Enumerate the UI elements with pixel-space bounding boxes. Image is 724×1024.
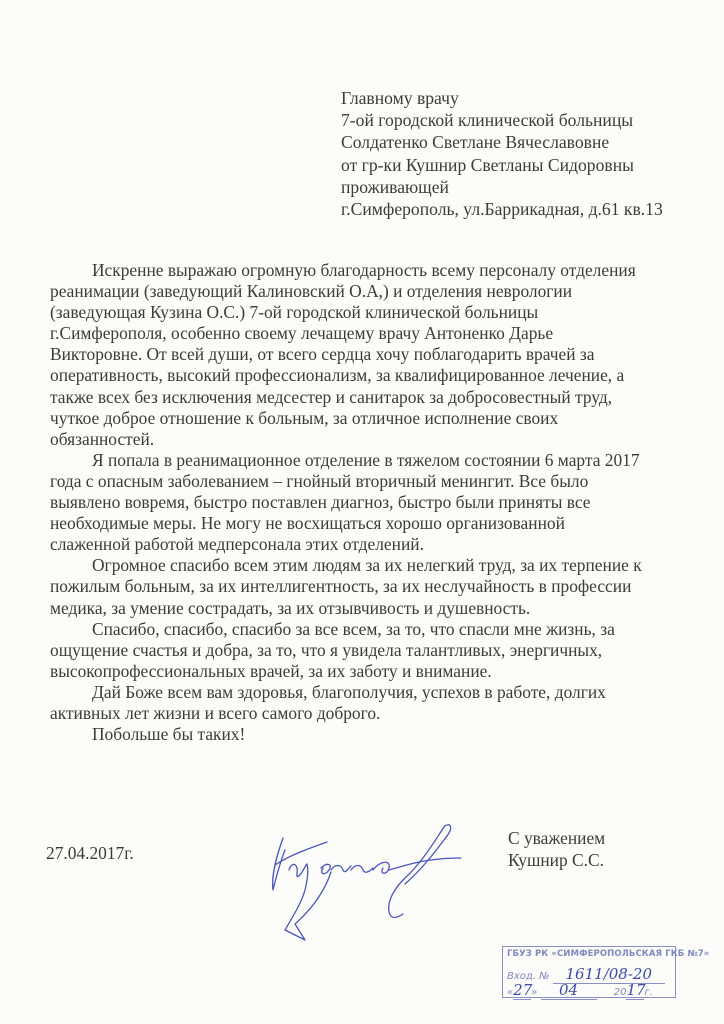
letter-page: Главному врачу 7-ой городской клиническо… bbox=[0, 0, 724, 1024]
stamp-year-prefix: 20 bbox=[614, 987, 627, 998]
signature-icon bbox=[255, 820, 465, 945]
body-line: пожилым больным, за их интеллигентность,… bbox=[50, 576, 690, 597]
body-line: Я попала в реанимационное отделение в тя… bbox=[50, 450, 690, 471]
stamp-date-row: «27» 04 2017г. bbox=[507, 981, 653, 1000]
signer-name: Кушнир С.С. bbox=[508, 849, 605, 871]
body-line: слаженной работой медперсонала этих отде… bbox=[50, 534, 690, 555]
addressee-line: г.Симферополь, ул.Баррикадная, д.61 кв.1… bbox=[341, 198, 663, 220]
body-line: Искренне выражаю огромную благодарность … bbox=[50, 260, 690, 281]
body-line: активных лет жизни и всего самого доброг… bbox=[50, 703, 690, 724]
body-line: выявлено вовремя, быстро поставлен диагн… bbox=[50, 492, 690, 513]
body-line: Дай Боже всем вам здоровья, благополучия… bbox=[50, 682, 690, 703]
stamp-title: ГБУЗ РК «СИМФЕРОПОЛЬСКАЯ ГКБ №7» bbox=[507, 949, 709, 959]
body-line: высокопрофессиональных врачей, за их заб… bbox=[50, 661, 690, 682]
body-line: Огромное спасибо всем этим людям за их н… bbox=[50, 555, 690, 576]
body-line: (заведующая Кузина О.С.) 7-ой городской … bbox=[50, 302, 690, 323]
stamp-month: 04 bbox=[541, 981, 597, 1000]
addressee-line: Главному врачу bbox=[341, 87, 663, 109]
body-line: Побольше бы таких! bbox=[50, 724, 690, 745]
addressee-line: от гр-ки Кушнир Светланы Сидоровны bbox=[341, 154, 663, 176]
stamp-year-suffix: 17 bbox=[626, 981, 644, 1000]
stamp-day: 27 bbox=[513, 981, 531, 1000]
addressee-line: проживающей bbox=[341, 176, 663, 198]
letter-body: Искренне выражаю огромную благодарность … bbox=[50, 260, 690, 745]
body-line: необходимые меры. Не могу не восхищаться… bbox=[50, 513, 690, 534]
addressee-line: Солдатенко Светлане Вячеславовне bbox=[341, 131, 663, 153]
body-line: обязанностей. bbox=[50, 429, 690, 450]
body-line: чуткое доброе отношение к больным, за от… bbox=[50, 408, 690, 429]
body-line: г.Симферополя, особенно своему лечащему … bbox=[50, 323, 690, 344]
letter-date: 27.04.2017г. bbox=[46, 843, 134, 864]
body-line: также всех без исключения медсестер и са… bbox=[50, 387, 690, 408]
body-line: медика, за умение сострадать, за их отзы… bbox=[50, 598, 690, 619]
body-line: Викторовне. От всей души, от всего сердц… bbox=[50, 344, 690, 365]
registration-stamp: ГБУЗ РК «СИМФЕРОПОЛЬСКАЯ ГКБ №7» Вход. №… bbox=[502, 946, 676, 998]
body-line: реанимации (заведующий Калиновский О.А,)… bbox=[50, 281, 690, 302]
addressee-line: 7-ой городской клинической больницы bbox=[341, 109, 663, 131]
body-line: ощущение счастья и добра, за то, что я у… bbox=[50, 640, 690, 661]
addressee-block: Главному врачу 7-ой городской клиническо… bbox=[341, 87, 663, 220]
body-line: года с опасным заболеванием – гнойный вт… bbox=[50, 471, 690, 492]
body-line: оперативность, высокий профессионализм, … bbox=[50, 365, 690, 386]
closing-block: С уважением Кушнир С.С. bbox=[508, 827, 605, 871]
body-line: Спасибо, спасибо, спасибо за все всем, з… bbox=[50, 619, 690, 640]
stamp-year-unit: г. bbox=[644, 987, 652, 998]
closing-phrase: С уважением bbox=[508, 827, 605, 849]
